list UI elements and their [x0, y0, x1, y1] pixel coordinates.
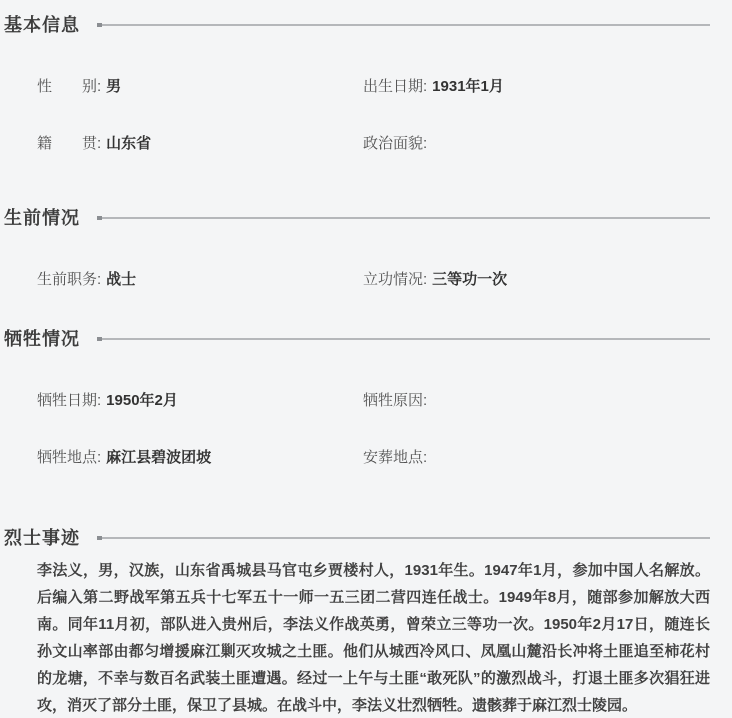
sacrifice-rows: 牺牲日期:1950年2月 牺牲原因: 牺牲地点:麻江县碧波团坡 安葬地点:: [4, 390, 710, 468]
field-colon: :: [423, 449, 427, 466]
section-deeds: 烈士事迹 李法义，男，汉族，山东省禹城县马官屯乡贾楼村人，1931年生。1947…: [4, 525, 710, 718]
section-title-deeds: 烈士事迹: [4, 525, 80, 551]
section-title-basic-info: 基本信息: [4, 12, 80, 38]
field-political-status: 政治面貌:: [363, 133, 710, 154]
section-sacrifice-header: 牺牲情况: [4, 326, 710, 352]
field-label: 生前职务: [37, 269, 97, 290]
field-value: 战士: [106, 271, 136, 288]
field-colon: :: [97, 392, 101, 409]
field-label: 政治面貌: [363, 133, 423, 154]
field-native-place: 籍贯:山东省: [37, 133, 363, 154]
field-value: 1950年2月: [106, 392, 178, 409]
field-value: 1931年1月: [432, 78, 504, 95]
field-colon: :: [97, 78, 101, 95]
basic-info-rows: 性别:男 出生日期:1931年1月 籍贯:山东省 政治面貌:: [4, 76, 710, 154]
field-value: 三等功一次: [432, 271, 507, 288]
table-row: 牺牲地点:麻江县碧波团坡 安葬地点:: [37, 447, 710, 468]
deeds-paragraph: 李法义，男，汉族，山东省禹城县马官屯乡贾楼村人，1931年生。1947年1月，参…: [4, 557, 710, 718]
section-divider: [97, 217, 710, 219]
field-burial-place: 安葬地点:: [363, 447, 710, 468]
field-label: 籍贯: [37, 133, 97, 154]
field-sacrifice-cause: 牺牲原因:: [363, 390, 710, 411]
field-colon: :: [97, 449, 101, 466]
section-title-sacrifice: 牺牲情况: [4, 326, 80, 352]
field-label: 牺牲原因: [363, 390, 423, 411]
field-label: 牺牲地点: [37, 447, 97, 468]
field-gender: 性别:男: [37, 76, 363, 97]
section-divider: [97, 537, 710, 539]
section-basic-info-header: 基本信息: [4, 12, 710, 38]
field-pre-death-position: 生前职务:战士: [37, 269, 363, 290]
field-value: 山东省: [106, 135, 151, 152]
field-colon: :: [423, 271, 427, 288]
section-title-pre-death: 生前情况: [4, 205, 80, 231]
field-value: 麻江县碧波团坡: [106, 449, 211, 466]
section-sacrifice: 牺牲情况 牺牲日期:1950年2月 牺牲原因: 牺牲地点:麻江县碧波团坡 安葬地…: [4, 326, 710, 468]
field-label: 安葬地点: [363, 447, 423, 468]
field-colon: :: [97, 271, 101, 288]
pre-death-rows: 生前职务:战士 立功情况:三等功一次: [4, 269, 710, 290]
field-colon: :: [423, 78, 427, 95]
table-row: 籍贯:山东省 政治面貌:: [37, 133, 710, 154]
table-row: 生前职务:战士 立功情况:三等功一次: [37, 269, 710, 290]
field-sacrifice-place: 牺牲地点:麻江县碧波团坡: [37, 447, 363, 468]
field-merit-record: 立功情况:三等功一次: [363, 269, 710, 290]
field-label: 出生日期: [363, 76, 423, 97]
field-sacrifice-date: 牺牲日期:1950年2月: [37, 390, 363, 411]
field-label: 性别: [37, 76, 97, 97]
section-pre-death-header: 生前情况: [4, 205, 710, 231]
field-value: 男: [106, 78, 121, 95]
table-row: 性别:男 出生日期:1931年1月: [37, 76, 710, 97]
section-pre-death: 生前情况 生前职务:战士 立功情况:三等功一次: [4, 205, 710, 290]
section-deeds-header: 烈士事迹: [4, 525, 710, 551]
field-colon: :: [423, 392, 427, 409]
section-divider: [97, 338, 710, 340]
section-basic-info: 基本信息 性别:男 出生日期:1931年1月 籍贯:山东省 政治面貌:: [4, 12, 710, 154]
section-divider: [97, 24, 710, 26]
field-birth-date: 出生日期:1931年1月: [363, 76, 710, 97]
martyr-profile-page: 基本信息 性别:男 出生日期:1931年1月 籍贯:山东省 政治面貌:: [0, 0, 732, 718]
table-row: 牺牲日期:1950年2月 牺牲原因:: [37, 390, 710, 411]
field-label: 立功情况: [363, 269, 423, 290]
field-colon: :: [97, 135, 101, 152]
field-colon: :: [423, 135, 427, 152]
field-label: 牺牲日期: [37, 390, 97, 411]
